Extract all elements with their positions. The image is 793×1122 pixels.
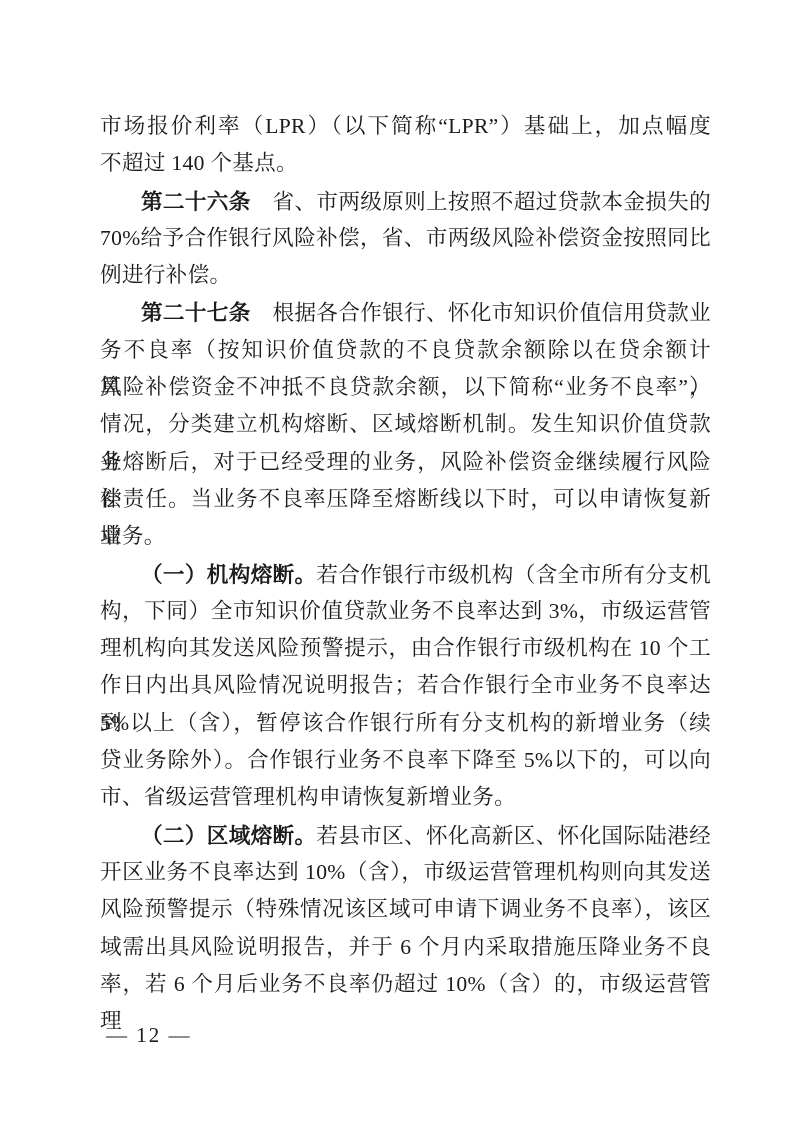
text-segment: 风险补偿资金不冲抵不良贷款余额，以下简称“业务不良率”） xyxy=(100,375,711,399)
text-line: 率，若 6 个月后业务不良率仍超过 10%（含）的，市级运营管理 xyxy=(100,966,711,1003)
text-segment: 风险预警提示（特殊情况该区域可申请下调业务不良率），该区 xyxy=(100,897,711,921)
text-line: 偿责任。当业务不良率压降至熔断线以下时，可以申请恢复新增 xyxy=(100,481,711,518)
text-segment: 70%给予合作银行风险补偿，省、市两级风险补偿资金按照同比 xyxy=(100,226,711,250)
text-line: 5%以上（含），暂停该合作银行所有分支机构的新增业务（续 xyxy=(100,705,711,742)
text-line: 不超过 140 个基点。 xyxy=(100,145,711,182)
text-line: 市场报价利率（LPR）（以下简称“LPR”）基础上，加点幅度 xyxy=(100,108,711,145)
clause-heading: （二）区域熔断。 xyxy=(141,823,316,848)
text-segment: 市场报价利率（LPR）（以下简称“LPR”）基础上，加点幅度 xyxy=(100,114,711,138)
text-line: 风险补偿资金不冲抵不良贷款余额，以下简称“业务不良率”） xyxy=(100,369,711,406)
text-line: 情况，分类建立机构熔断、区域熔断机制。发生知识价值贷款业 xyxy=(100,406,711,443)
text-line: 风险预警提示（特殊情况该区域可申请下调业务不良率），该区 xyxy=(100,891,711,928)
text-line: 第二十七条 根据各合作银行、怀化市知识价值信用贷款业 xyxy=(100,294,711,331)
text-line: 务熔断后，对于已经受理的业务，风险补偿资金继续履行风险补 xyxy=(100,444,711,481)
text-line: 市、省级运营管理机构申请恢复新增业务。 xyxy=(100,779,711,816)
text-segment: 业务。 xyxy=(100,524,166,548)
text-line: 务不良率（按知识价值贷款的不良贷款余额除以在贷余额计算， xyxy=(100,332,711,369)
text-line: 业务。 xyxy=(100,518,711,555)
text-line: 贷业务除外）。合作银行业务不良率下降至 5%以下的，可以向 xyxy=(100,742,711,779)
document-page: 市场报价利率（LPR）（以下简称“LPR”）基础上，加点幅度不超过 140 个基… xyxy=(0,0,793,1122)
text-line: 开区业务不良率达到 10%（含），市级运营管理机构则向其发送 xyxy=(100,854,711,891)
text-segment: 省、市两级原则上按照不超过贷款本金损失的 xyxy=(251,190,711,214)
clause-heading: 第二十七条 xyxy=(141,300,251,325)
text-line: 第二十六条 省、市两级原则上按照不超过贷款本金损失的 xyxy=(100,183,711,220)
text-segment: 理机构向其发送风险预警提示，由合作银行市级机构在 10 个工 xyxy=(100,636,711,660)
text-line: 构，下同）全市知识价值贷款业务不良率达到 3%，市级运营管 xyxy=(100,593,711,630)
document-body: 市场报价利率（LPR）（以下简称“LPR”）基础上，加点幅度不超过 140 个基… xyxy=(100,108,711,1003)
page-number: — 12 — xyxy=(106,1022,192,1048)
text-line: 70%给予合作银行风险补偿，省、市两级风险补偿资金按照同比 xyxy=(100,220,711,257)
clause-heading: （一）机构熔断。 xyxy=(141,562,316,587)
text-segment: 5%以上（含），暂停该合作银行所有分支机构的新增业务（续 xyxy=(100,711,711,735)
clause-heading: 第二十六条 xyxy=(141,189,251,214)
text-segment: 贷业务除外）。合作银行业务不良率下降至 5%以下的，可以向 xyxy=(100,748,711,772)
text-segment: 构，下同）全市知识价值贷款业务不良率达到 3%，市级运营管 xyxy=(100,599,711,623)
text-line: 作日内出具风险情况说明报告；若合作银行全市业务不良率达到 xyxy=(100,667,711,704)
text-segment: 若合作银行市级机构（含全市所有分支机 xyxy=(316,563,711,587)
text-segment: 不超过 140 个基点。 xyxy=(100,151,298,175)
text-segment: 若县市区、怀化高新区、怀化国际陆港经 xyxy=(316,824,711,848)
text-segment: 开区业务不良率达到 10%（含），市级运营管理机构则向其发送 xyxy=(100,860,711,884)
text-segment: 域需出具风险说明报告，并于 6 个月内采取措施压降业务不良 xyxy=(100,935,711,959)
text-segment: 例进行补偿。 xyxy=(100,263,231,287)
text-segment: 根据各合作银行、怀化市知识价值信用贷款业 xyxy=(251,301,711,325)
text-line: （一）机构熔断。若合作银行市级机构（含全市所有分支机 xyxy=(100,556,711,593)
text-line: 例进行补偿。 xyxy=(100,257,711,294)
text-segment: 市、省级运营管理机构申请恢复新增业务。 xyxy=(100,785,516,809)
text-line: 理机构向其发送风险预警提示，由合作银行市级机构在 10 个工 xyxy=(100,630,711,667)
text-line: （二）区域熔断。若县市区、怀化高新区、怀化国际陆港经 xyxy=(100,817,711,854)
text-line: 域需出具风险说明报告，并于 6 个月内采取措施压降业务不良 xyxy=(100,929,711,966)
